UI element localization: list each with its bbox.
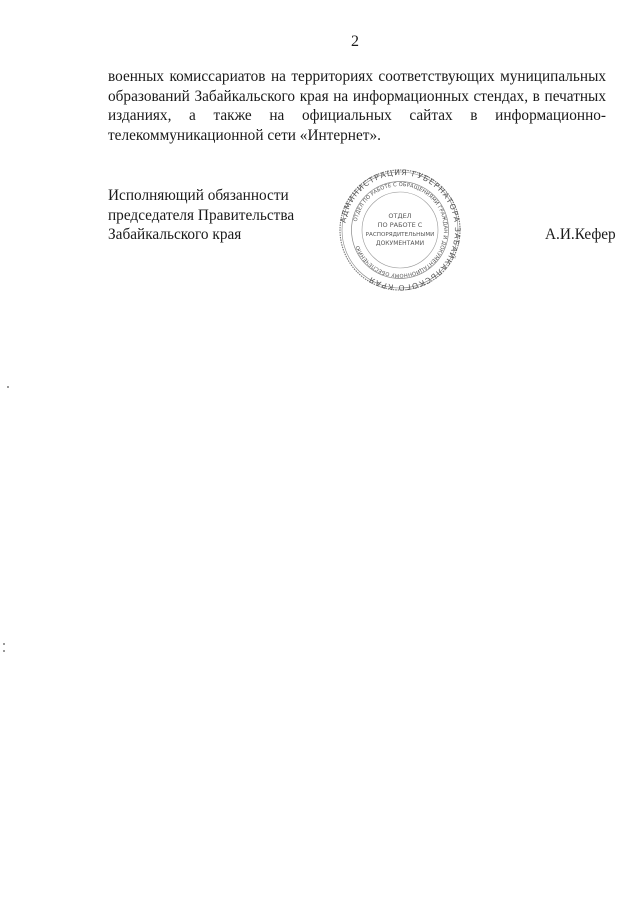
stamp-center-line: РАСПОРЯДИТЕЛЬНЫМИ [366, 232, 435, 238]
page-number: 2 [0, 33, 640, 51]
stamp-center-line: ОТДЕЛ [388, 212, 411, 220]
signer-title-line: председателя Правительства [108, 206, 294, 226]
margin-mark [3, 643, 5, 645]
body-line: телекоммуникационной сети «Интернет». [108, 126, 606, 146]
body-paragraph: военных комиссариатов на территориях соо… [108, 67, 606, 145]
signer-title: Исполняющий обязанности председателя Пра… [108, 186, 294, 245]
stamp-center-line: ДОКУМЕНТАМИ [376, 240, 424, 247]
signer-name: А.И.Кефер [545, 225, 616, 245]
margin-mark [7, 386, 9, 388]
body-line: изданиях, а также на официальных сайтах … [108, 106, 606, 126]
stamp-seal-icon: АДМИНИСТРАЦИЯ ГУБЕРНАТОРА ЗАБАЙКАЛЬСКОГО… [338, 168, 462, 292]
body-line: военных комиссариатов на территориях соо… [108, 67, 606, 87]
stamp-center-line: ПО РАБОТЕ С [378, 221, 423, 229]
signer-title-line: Исполняющий обязанности [108, 186, 294, 206]
margin-mark [3, 650, 5, 652]
body-line: образований Забайкальского края на инфор… [108, 87, 606, 107]
official-stamp: АДМИНИСТРАЦИЯ ГУБЕРНАТОРА ЗАБАЙКАЛЬСКОГО… [338, 168, 462, 292]
stamp-inner-text: ОТДЕЛ ПО РАБОТЕ С ОБРАЩЕНИЯМИ ГРАЖДАН И … [353, 182, 448, 278]
svg-text:ОТДЕЛ ПО РАБОТЕ С ОБРАЩЕНИЯМИ: ОТДЕЛ ПО РАБОТЕ С ОБРАЩЕНИЯМИ ГРАЖДАН И … [353, 182, 448, 278]
signer-title-line: Забайкальского края [108, 225, 294, 245]
